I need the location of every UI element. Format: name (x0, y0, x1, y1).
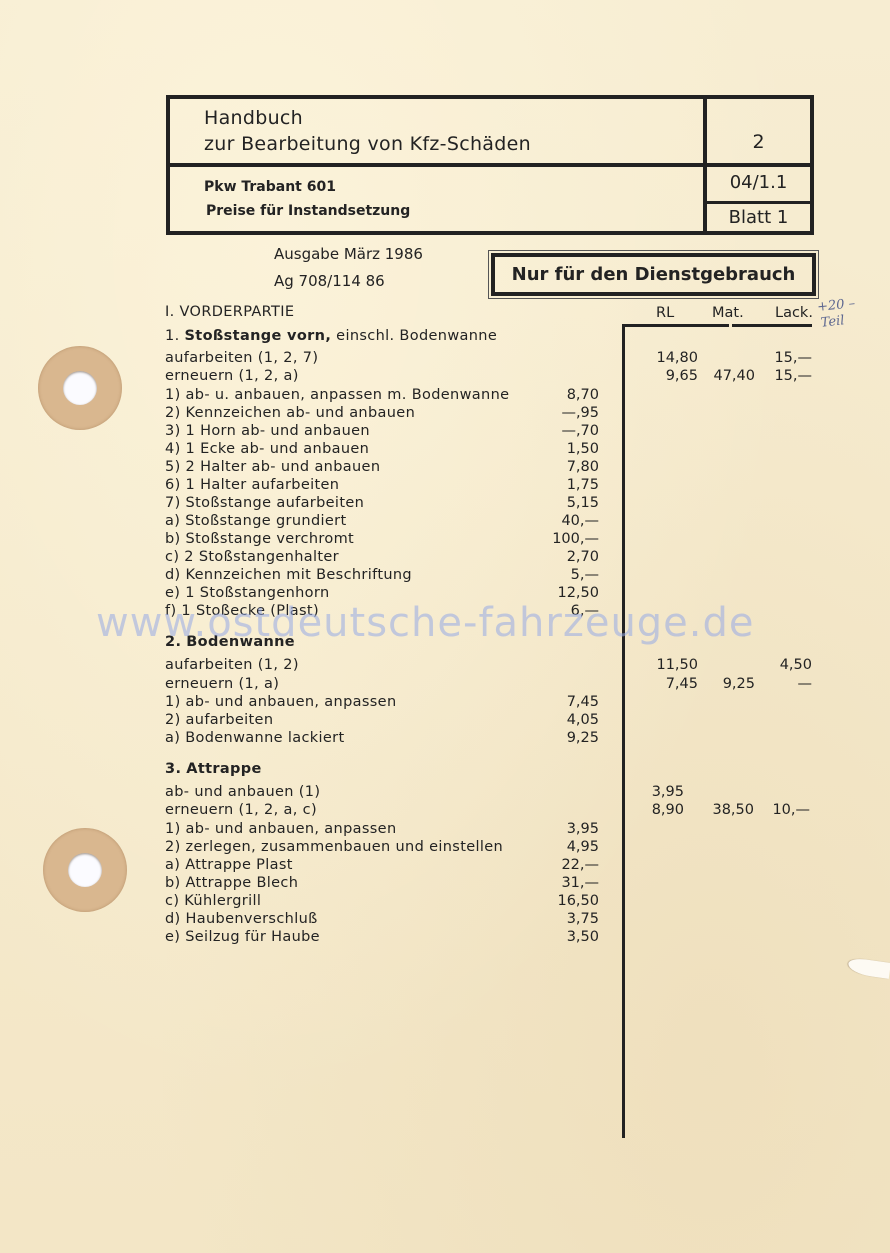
header-volume: 2 (707, 131, 810, 153)
column-header-rl: RL (656, 305, 674, 321)
item-value: 3,95 (567, 821, 599, 837)
item-row: e) Seilzug für Haube (165, 929, 320, 945)
item-row: 4) 1 Ecke ab- und anbauen (165, 441, 369, 457)
item-value: 31,— (561, 875, 599, 891)
summary-rl: 14,80 (656, 350, 698, 366)
item-row: 1) ab- und anbauen, anpassen (165, 821, 396, 837)
item-row: 2) zerlegen, zusammenbauen und einstelle… (165, 839, 503, 855)
item-row: 1) ab- u. anbauen, anpassen m. Bodenwann… (165, 387, 509, 403)
restriction-stamp: Nur für den Dienstgebrauch (491, 253, 816, 296)
summary-mat: 38,50 (712, 802, 754, 818)
item-value: 4,95 (567, 839, 599, 855)
column-divider (622, 326, 625, 1138)
item-value: 100,— (552, 531, 599, 547)
item-row: 5) 2 Halter ab- und anbauen (165, 459, 380, 475)
summary-lack: 4,50 (780, 657, 812, 673)
column-underline (732, 324, 812, 327)
item-value: 1,50 (567, 441, 599, 457)
item-row: a) Attrappe Plast (165, 857, 293, 873)
item-value: 7,80 (567, 459, 599, 475)
item-row: d) Kennzeichen mit Beschriftung (165, 567, 412, 583)
item-row: b) Stoßstange verchromt (165, 531, 354, 547)
summary-rl: 3,95 (652, 784, 684, 800)
summary-mat: 47,40 (713, 368, 755, 384)
edition-label: Ausgabe März 1986 (274, 245, 423, 263)
item-row: e) 1 Stoßstangenhorn (165, 585, 330, 601)
item-row: c) Kühlergrill (165, 893, 261, 909)
summary-row: aufarbeiten (1, 2) (165, 657, 299, 673)
item-value: 3,50 (567, 929, 599, 945)
punch-hole-top (38, 346, 122, 430)
summary-lack: — (798, 676, 813, 692)
item-value: —,70 (561, 423, 599, 439)
summary-rl: 9,65 (666, 368, 698, 384)
header-code: 04/1.1 (707, 172, 810, 193)
item-value: 7,45 (567, 694, 599, 710)
item-value: 2,70 (567, 549, 599, 565)
summary-row: erneuern (1, 2, a, c) (165, 802, 317, 818)
part-title: I. VORDERPARTIE (165, 304, 294, 320)
header-title-line2: zur Bearbeitung von Kfz-Schäden (204, 133, 531, 155)
handwritten-note: +20 – Teil (816, 296, 857, 332)
summary-rl: 11,50 (656, 657, 698, 673)
section-title: 1. Stoßstange vorn, einschl. Bodenwanne (165, 328, 497, 344)
ag-number: Ag 708/114 86 (274, 272, 385, 290)
summary-row: aufarbeiten (1, 2, 7) (165, 350, 318, 366)
item-value: 40,— (561, 513, 599, 529)
section-title: 3. Attrappe (165, 761, 262, 777)
column-header-mat: Mat. (712, 305, 744, 321)
summary-lack: 10,— (772, 802, 810, 818)
item-row: 3) 1 Horn ab- und anbauen (165, 423, 370, 439)
watermark: www.ostdeutsche-fahrzeuge.de (96, 600, 755, 646)
paper-tear (847, 957, 890, 979)
item-row: c) 2 Stoßstangenhalter (165, 549, 339, 565)
item-value: 1,75 (567, 477, 599, 493)
column-underline (622, 324, 729, 327)
item-value: 22,— (561, 857, 599, 873)
item-row: 2) Kennzeichen ab- und anbauen (165, 405, 415, 421)
summary-lack: 15,— (774, 368, 812, 384)
item-row: a) Stoßstange grundiert (165, 513, 347, 529)
summary-rl: 7,45 (666, 676, 698, 692)
summary-row: ab- und anbauen (1) (165, 784, 320, 800)
item-row: 1) ab- und anbauen, anpassen (165, 694, 396, 710)
item-value: 8,70 (567, 387, 599, 403)
summary-row: erneuern (1, 2, a) (165, 368, 299, 384)
item-value: —,95 (561, 405, 599, 421)
item-value: 9,25 (567, 730, 599, 746)
item-value: 4,05 (567, 712, 599, 728)
item-value: 5,— (571, 567, 599, 583)
item-row: b) Attrappe Blech (165, 875, 298, 891)
item-value: 12,50 (557, 585, 599, 601)
item-value: 3,75 (567, 911, 599, 927)
summary-lack: 15,— (774, 350, 812, 366)
header-subtitle-line2: Preise für Instandsetzung (206, 203, 410, 219)
item-value: 16,50 (557, 893, 599, 909)
column-header-lack: Lack. (775, 305, 813, 321)
item-row: d) Haubenverschluß (165, 911, 318, 927)
header-subtitle-line1: Pkw Trabant 601 (204, 179, 336, 195)
item-row: a) Bodenwanne lackiert (165, 730, 345, 746)
item-value: 5,15 (567, 495, 599, 511)
header-title-line1: Handbuch (204, 107, 303, 129)
summary-row: erneuern (1, a) (165, 676, 279, 692)
item-row: 7) Stoßstange aufarbeiten (165, 495, 364, 511)
punch-hole-bottom (43, 828, 127, 912)
summary-rl: 8,90 (652, 802, 684, 818)
header-sheet: Blatt 1 (707, 207, 810, 228)
item-row: 6) 1 Halter aufarbeiten (165, 477, 339, 493)
item-row: 2) aufarbeiten (165, 712, 273, 728)
summary-mat: 9,25 (723, 676, 755, 692)
document-header-box: Handbuch zur Bearbeitung von Kfz-Schäden… (166, 95, 814, 235)
